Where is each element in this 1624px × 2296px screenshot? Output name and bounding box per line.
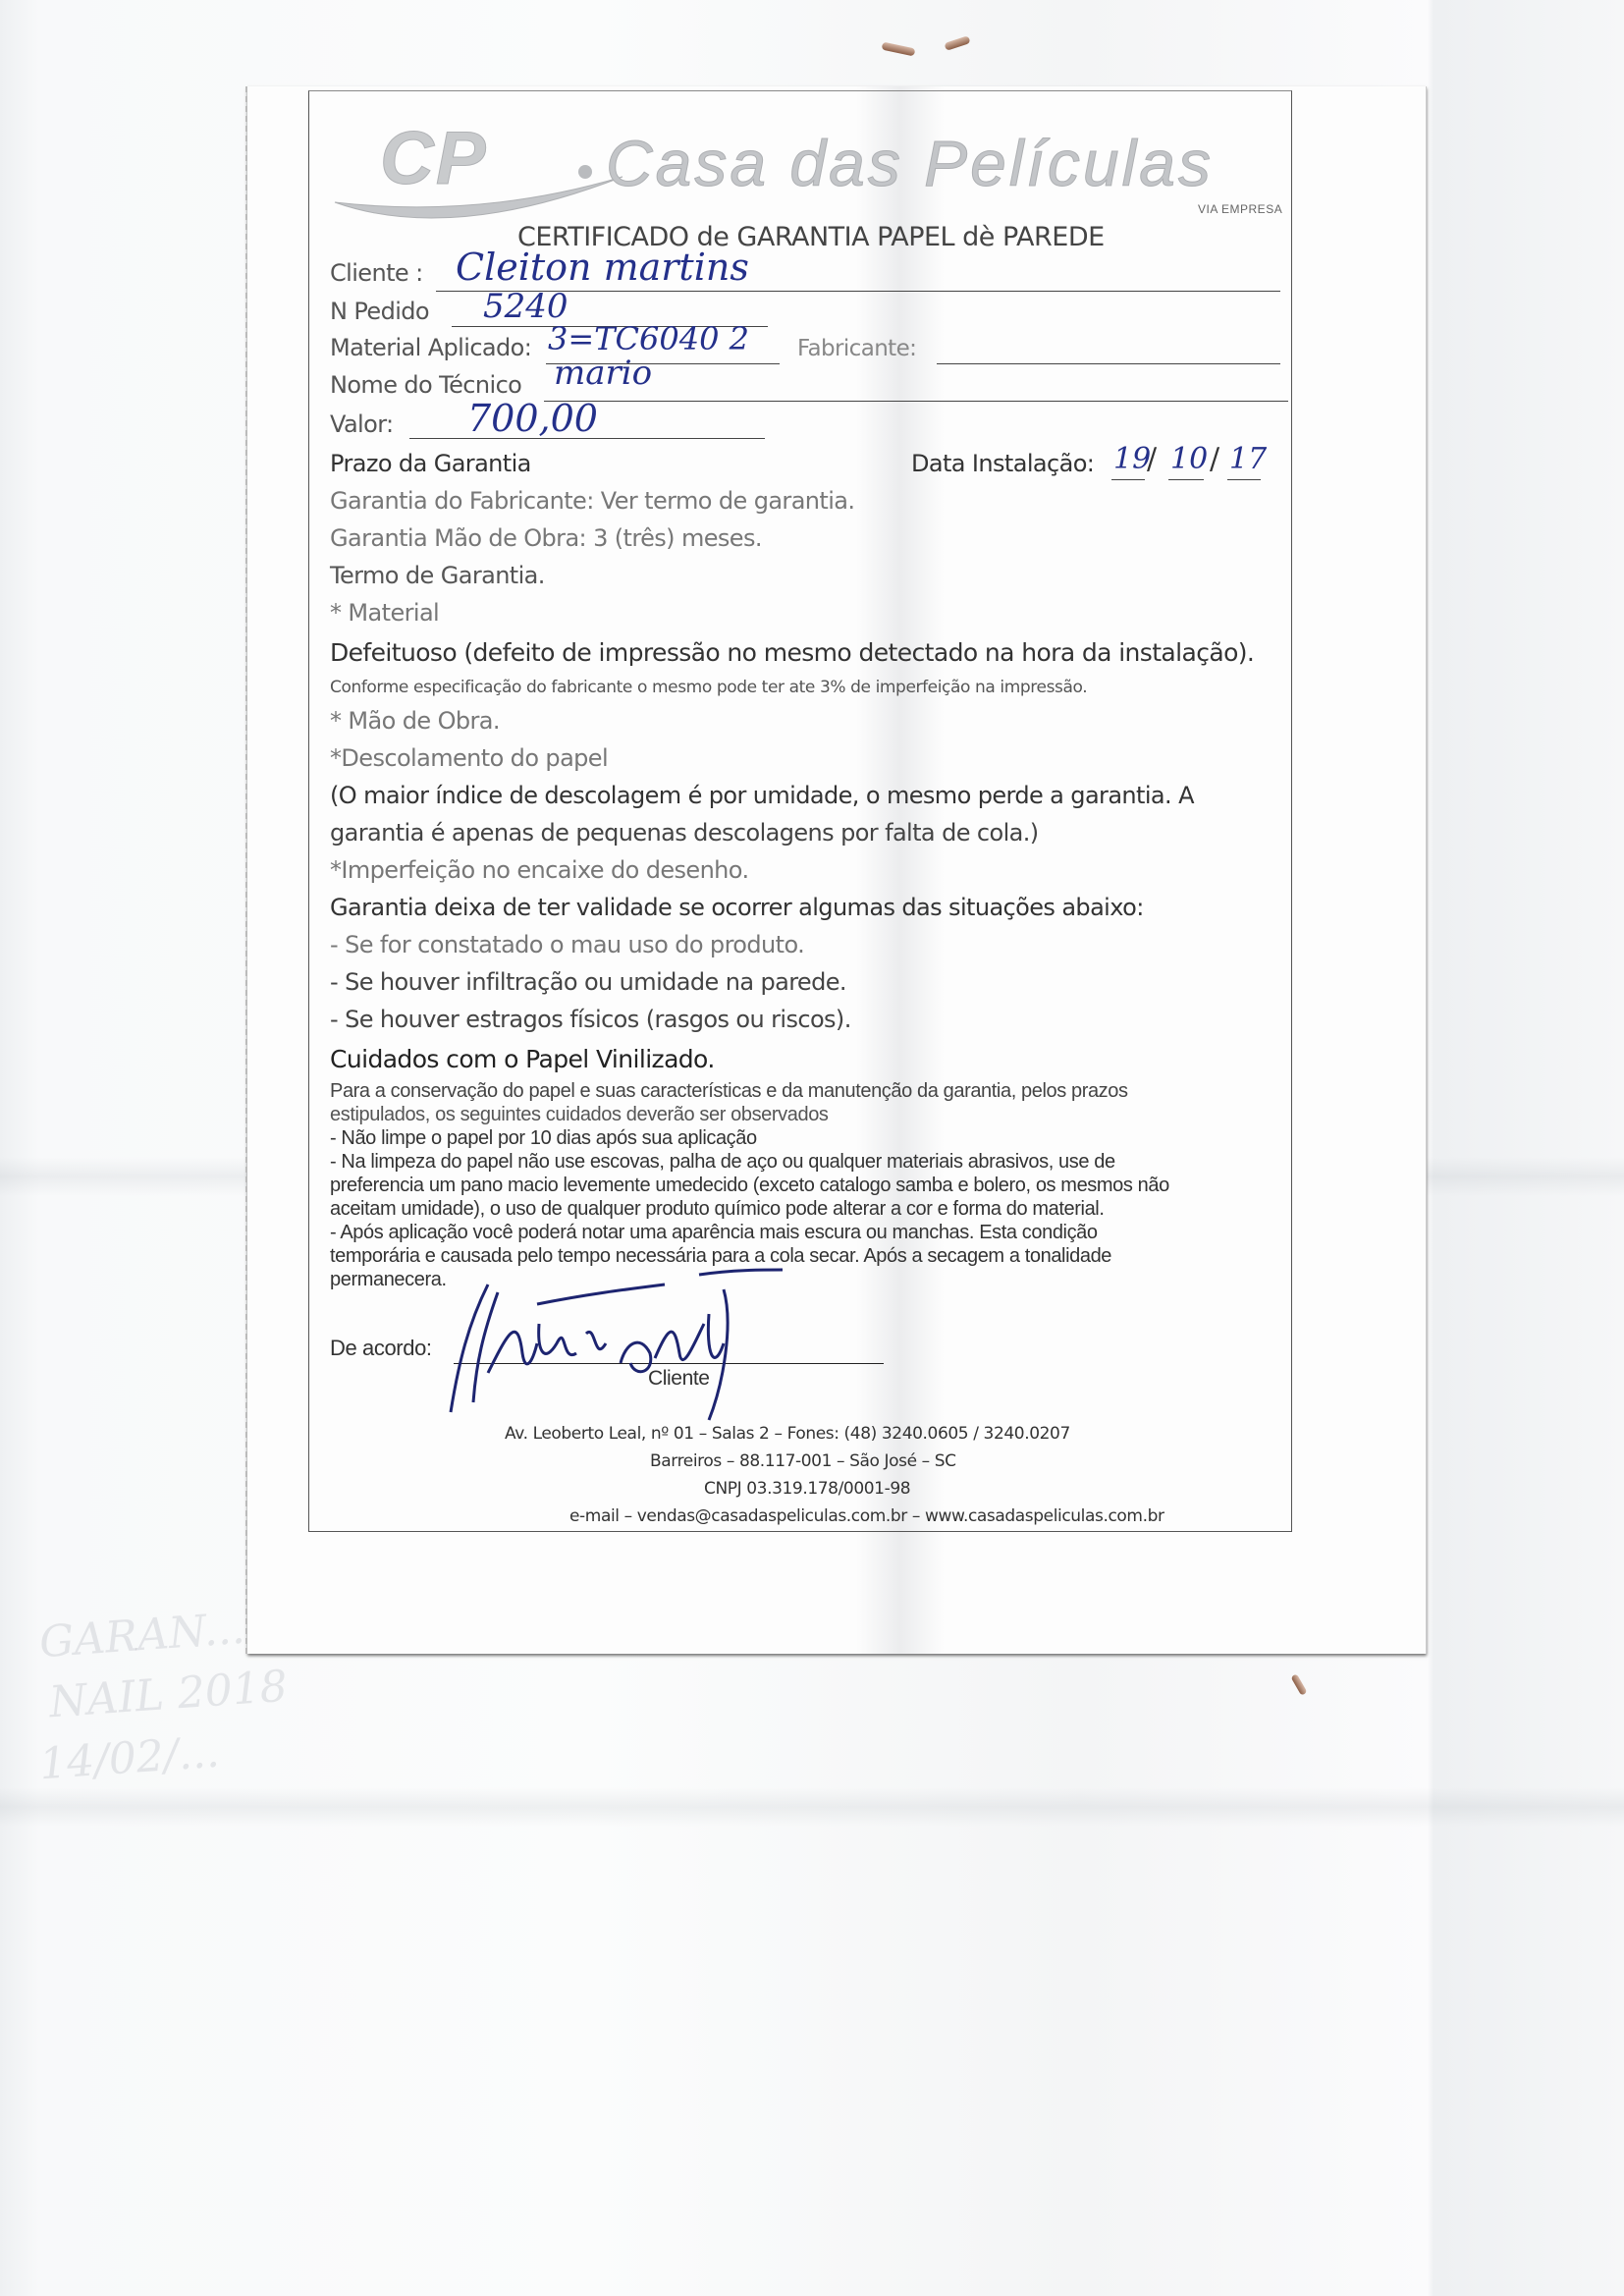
- fabricante-underline: [937, 363, 1280, 364]
- exclusion-item: - Se for constatado o mau uso do produto…: [330, 931, 804, 958]
- material-heading: * Material: [330, 599, 439, 627]
- footer-address: Av. Leoberto Leal, nº 01 – Salas 2 – Fon…: [505, 1424, 1070, 1444]
- footer-city: Barreiros – 88.117-001 – São José – SC: [650, 1451, 956, 1471]
- date-separator: /: [1147, 442, 1157, 476]
- fabricante-label: Fabricante:: [797, 336, 916, 361]
- pedido-label: N Pedido: [330, 298, 429, 325]
- copy-label: VIA EMPRESA: [1198, 202, 1282, 216]
- care-line: Para a conservação do papel e suas carac…: [330, 1080, 1128, 1103]
- care-line: preferencia um pano macio levemente umed…: [330, 1175, 1169, 1197]
- data-instalacao-day: 19: [1113, 442, 1151, 476]
- defeituoso-text: Defeituoso (defeito de impressão no mesm…: [330, 638, 1254, 667]
- conforme-text: Conforme especificação do fabricante o m…: [330, 678, 1087, 697]
- tecnico-label: Nome do Técnico: [330, 371, 521, 399]
- footer-contact: e-mail – vendas@casadaspeliculas.com.br …: [569, 1506, 1164, 1526]
- exclusion-item: - Se houver infiltração ou umidade na pa…: [330, 968, 846, 996]
- date-separator: /: [1210, 442, 1219, 476]
- logo-bullet-icon: [578, 165, 592, 179]
- logo-initials: CP: [380, 116, 488, 201]
- care-line: - Na limpeza do papel não use escovas, p…: [330, 1151, 1115, 1174]
- descolagem-line-2: garantia é apenas de pequenas descolagen…: [330, 819, 1039, 847]
- care-heading: Cuidados com o Papel Vinilizado.: [330, 1045, 715, 1073]
- date-underline: [1111, 479, 1145, 480]
- cliente-label: Cliente :: [330, 259, 423, 287]
- prazo-label: Prazo da Garantia: [330, 450, 531, 477]
- descolamento-heading: *Descolamento do papel: [330, 744, 608, 772]
- footer-cnpj: CNPJ 03.319.178/0001-98: [704, 1479, 910, 1499]
- validade-heading: Garantia deixa de ter validade se ocorre…: [330, 894, 1144, 921]
- garantia-fabricante: Garantia do Fabricante: Ver termo de gar…: [330, 487, 854, 515]
- data-instalacao-label: Data Instalação:: [911, 450, 1094, 477]
- valor-value: 700,00: [467, 397, 598, 440]
- termo-heading: Termo de Garantia.: [330, 562, 545, 589]
- warranty-receipt: CP Casa das Películas VIA EMPRESA CERTIF…: [247, 86, 1427, 1654]
- data-instalacao-year: 17: [1229, 442, 1267, 476]
- paper-fold: [0, 1787, 1624, 1827]
- care-line: estipulados, os seguintes cuidados dever…: [330, 1104, 829, 1126]
- data-instalacao-month: 10: [1170, 442, 1208, 476]
- date-underline: [1227, 479, 1261, 480]
- imperfeicao-text: *Imperfeição no encaixe do desenho.: [330, 856, 748, 884]
- exclusion-item: - Se houver estragos físicos (rasgos ou …: [330, 1006, 851, 1033]
- logo-company-name: Casa das Películas: [606, 126, 1214, 200]
- company-logo: CP Casa das Películas: [331, 116, 1077, 224]
- material-label: Material Aplicado:: [330, 334, 531, 361]
- garantia-mao-de-obra: Garantia Mão de Obra: 3 (três) meses.: [330, 524, 762, 552]
- care-line: aceitam umidade), o uso de qualquer prod…: [330, 1198, 1105, 1221]
- tecnico-value: mario: [554, 354, 652, 393]
- care-line: - Após aplicação você poderá notar uma a…: [330, 1222, 1098, 1244]
- mao-obra-heading: * Mão de Obra.: [330, 707, 500, 735]
- cliente-value: Cleiton martins: [456, 246, 749, 289]
- material-value: 3=TC6040 2: [548, 320, 749, 357]
- tecnico-underline: [544, 401, 1288, 402]
- signature-role-label: Cliente: [648, 1367, 710, 1391]
- descolagem-line-1: (O maior índice de descolagem é por umid…: [330, 782, 1194, 809]
- valor-label: Valor:: [330, 410, 394, 438]
- de-acordo-label: De acordo:: [330, 1336, 432, 1361]
- client-signature: [429, 1265, 841, 1422]
- date-underline: [1168, 479, 1204, 480]
- care-line: - Não limpe o papel por 10 dias após sua…: [330, 1127, 757, 1150]
